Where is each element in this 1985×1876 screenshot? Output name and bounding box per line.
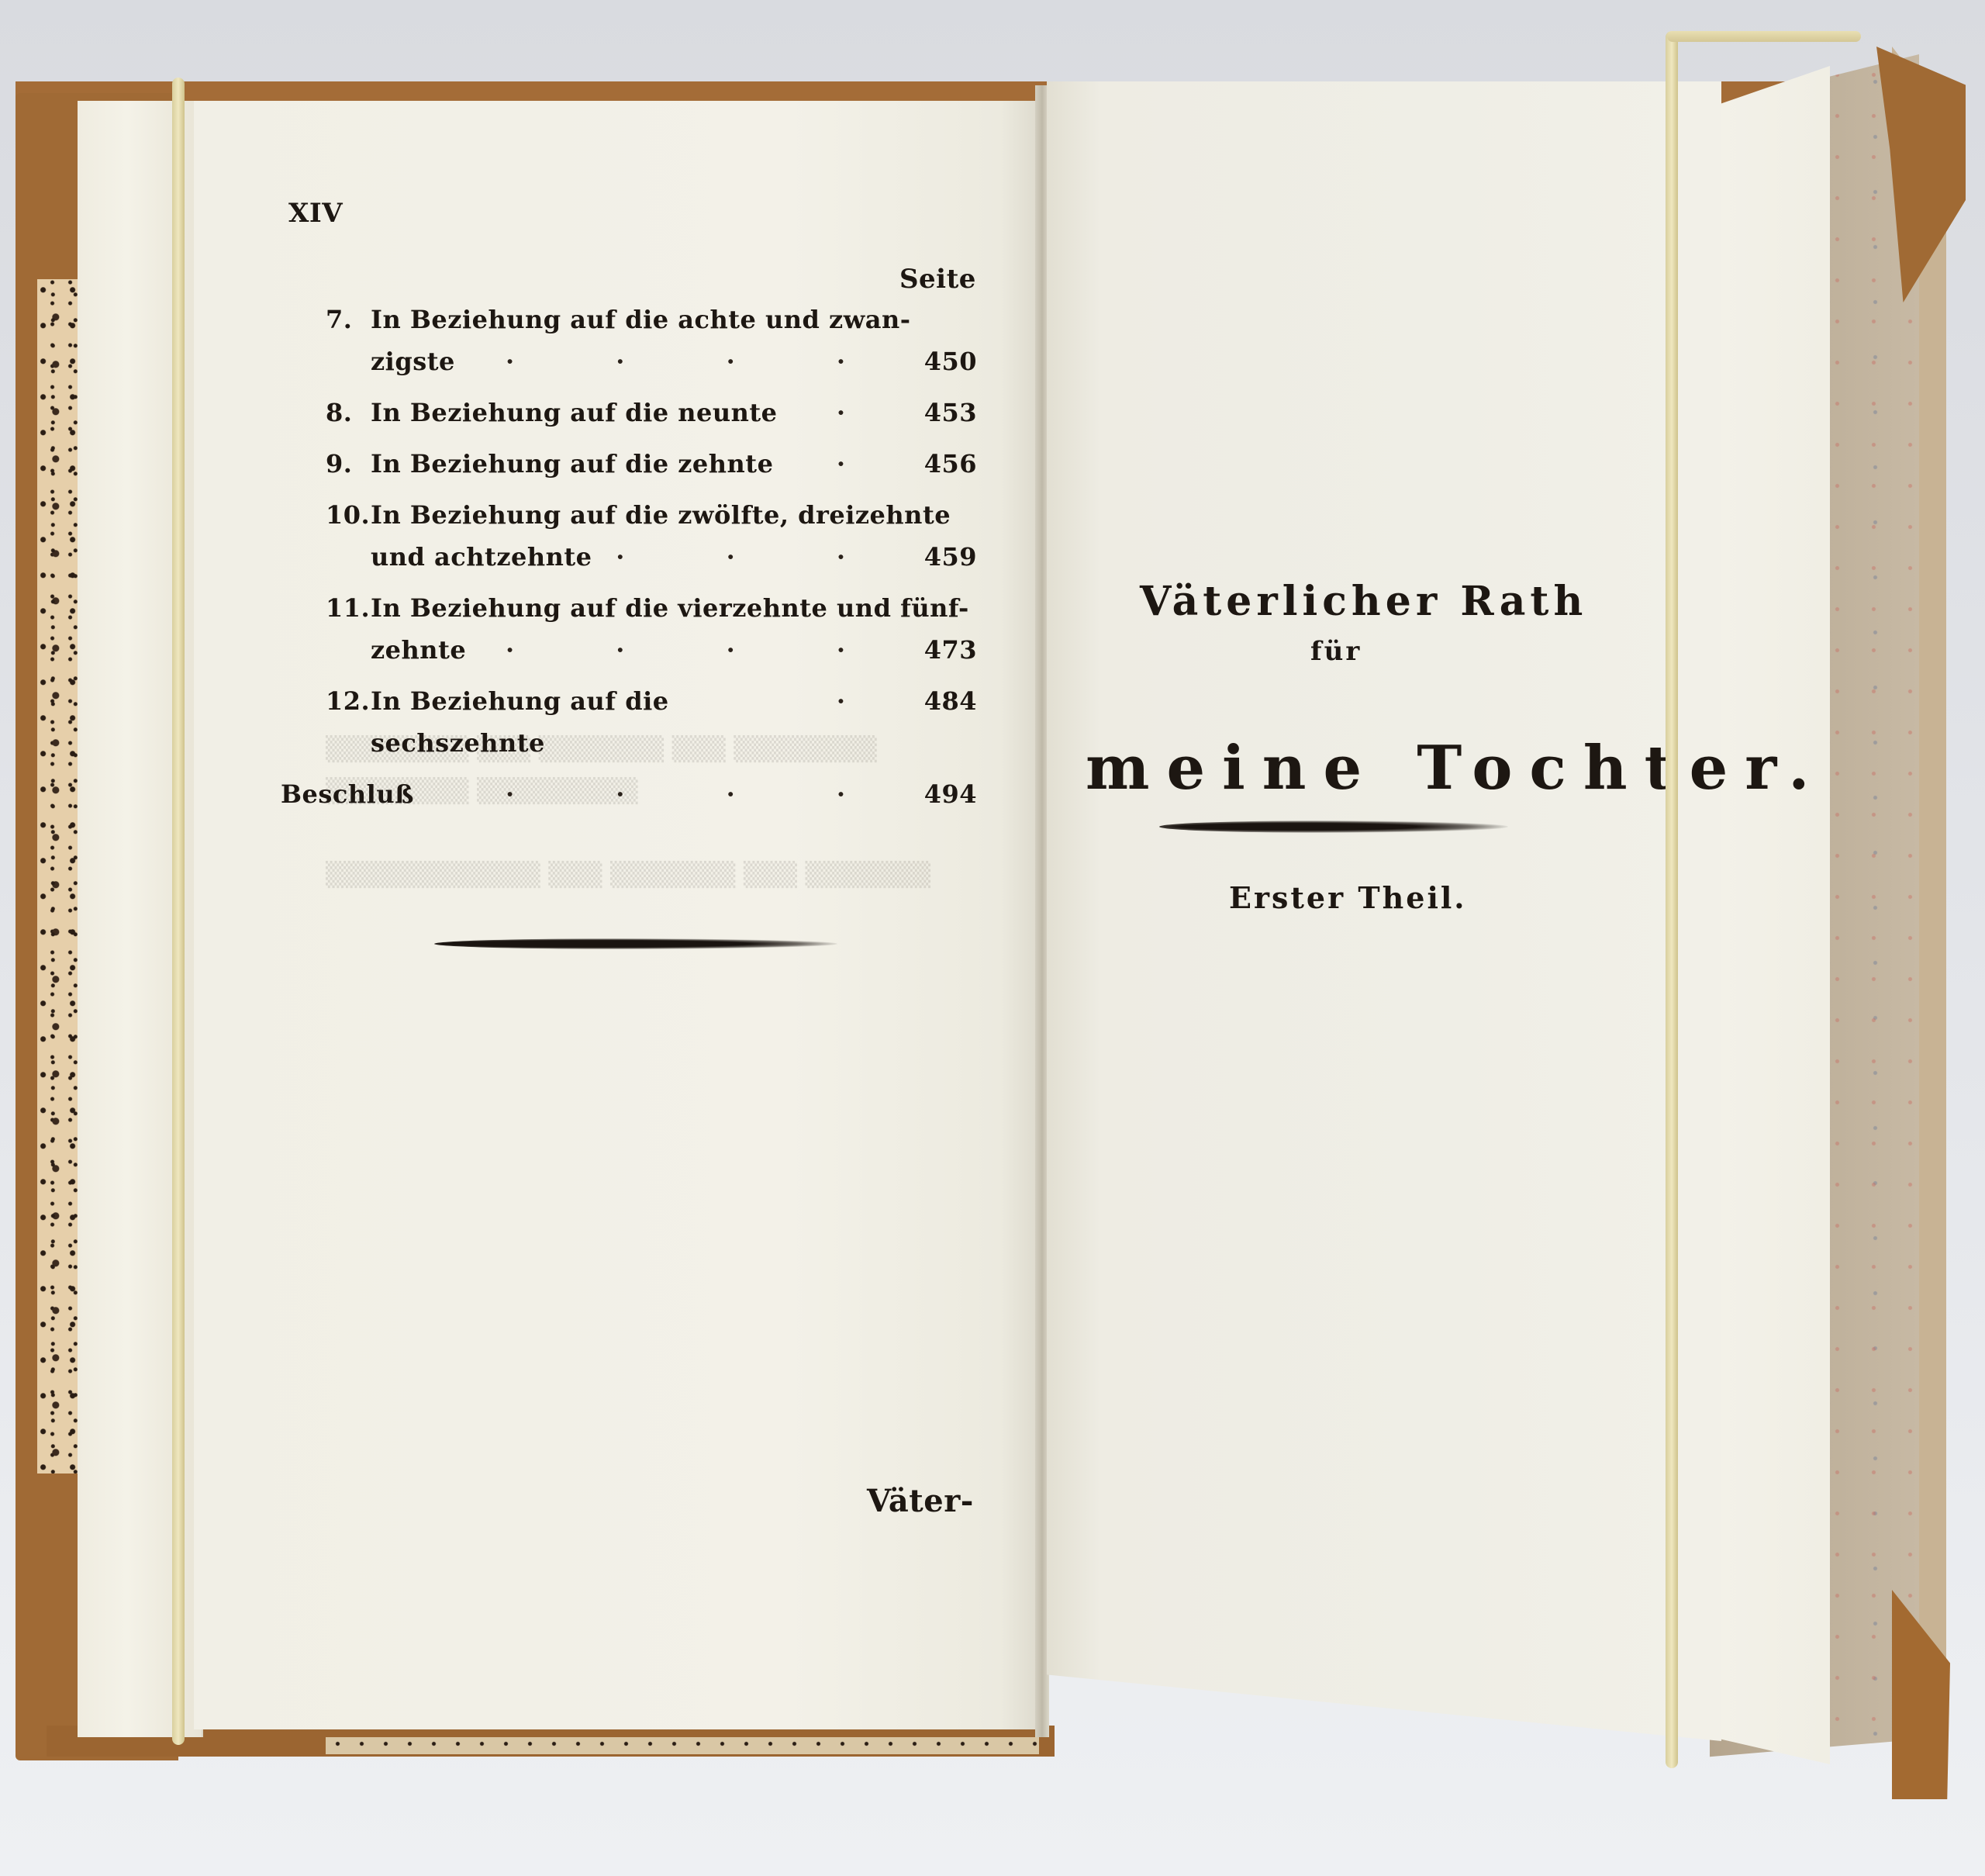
toc-entry[interactable]: 8. In Beziehung auf die neunte · 453 [326, 392, 977, 434]
toc-entry-text: In Beziehung auf die sechszehnte [371, 680, 837, 764]
toc-entry-page: 456 [923, 443, 977, 485]
toc-entry-page: 484 [923, 680, 977, 722]
toc-entry-number: 9. [326, 443, 371, 485]
half-title-line-1: Väterlicher Rath [1140, 578, 1587, 625]
toc-entry-text: In Beziehung auf die zehnte [371, 443, 773, 485]
rubber-band-top [1667, 31, 1861, 42]
toc-entry-page: 453 [923, 392, 977, 434]
half-title-line-3: meine Tochter. [1086, 733, 1826, 803]
toc-entry[interactable]: 7. In Beziehung auf die achte und zwan- … [326, 299, 977, 382]
toc-entry-text-cont: zehnte [371, 629, 466, 671]
toc-entry-number: 8. [326, 392, 371, 434]
decorative-rule-left [434, 938, 837, 949]
toc-entry-page: 494 [923, 773, 977, 815]
toc-entry-number: 7. [326, 299, 371, 340]
leader-dots: · · · [592, 536, 923, 578]
toc-entry[interactable]: 9. In Beziehung auf die zehnte · 456 [326, 443, 977, 485]
toc-entry-page: 459 [923, 536, 977, 578]
toc-entry-text: In Beziehung auf die achte und zwan- [371, 299, 977, 340]
marbled-board-bottom [326, 1737, 1039, 1754]
toc-entry-page: 473 [923, 629, 977, 671]
toc-entry-text: In Beziehung auf die vierzehnte und fünf… [371, 587, 977, 629]
toc-entry[interactable]: 12. In Beziehung auf die sechszehnte · 4… [326, 680, 977, 764]
toc-entry[interactable]: 10. In Beziehung auf die zwölfte, dreize… [326, 494, 977, 578]
toc-entry-text-cont: zigste [371, 340, 455, 382]
half-title-line-2: für [1310, 636, 1362, 667]
leader-dots: · [773, 443, 923, 485]
leader-dots: · · · · [414, 773, 923, 815]
toc-entry-text-cont: und achtzehnte [371, 536, 592, 578]
rubber-band-right [1666, 31, 1678, 1768]
toc-column-header: Seite [899, 264, 976, 295]
decorative-rule-right [1159, 821, 1508, 833]
toc-entry-text: In Beziehung auf die zwölfte, dreizehnte [371, 494, 977, 536]
rubber-band-left [172, 78, 185, 1745]
catchword: Väter- [867, 1483, 974, 1519]
leader-dots: · [837, 680, 923, 722]
toc-entry[interactable]: 11. In Beziehung auf die vierzehnte und … [326, 587, 977, 671]
toc-entry-number: 11. [326, 587, 371, 629]
table-of-contents: 7. In Beziehung auf die achte und zwan- … [326, 299, 977, 824]
volume-subtitle: Erster Theil. [1229, 880, 1467, 915]
leader-dots: · [778, 392, 923, 434]
leader-dots: · · · · [455, 340, 923, 382]
toc-entry-closing[interactable]: Beschluß · · · · 494 [281, 773, 977, 815]
toc-entry-number: 10. [326, 494, 371, 536]
leader-dots: · · · · [466, 629, 923, 671]
toc-entry-page: 450 [923, 340, 977, 382]
toc-entry-text: In Beziehung auf die neunte [371, 392, 778, 434]
page-number: XIV [288, 198, 343, 229]
toc-entry-number: 12. [326, 680, 371, 722]
toc-entry-text: Beschluß [281, 773, 414, 815]
